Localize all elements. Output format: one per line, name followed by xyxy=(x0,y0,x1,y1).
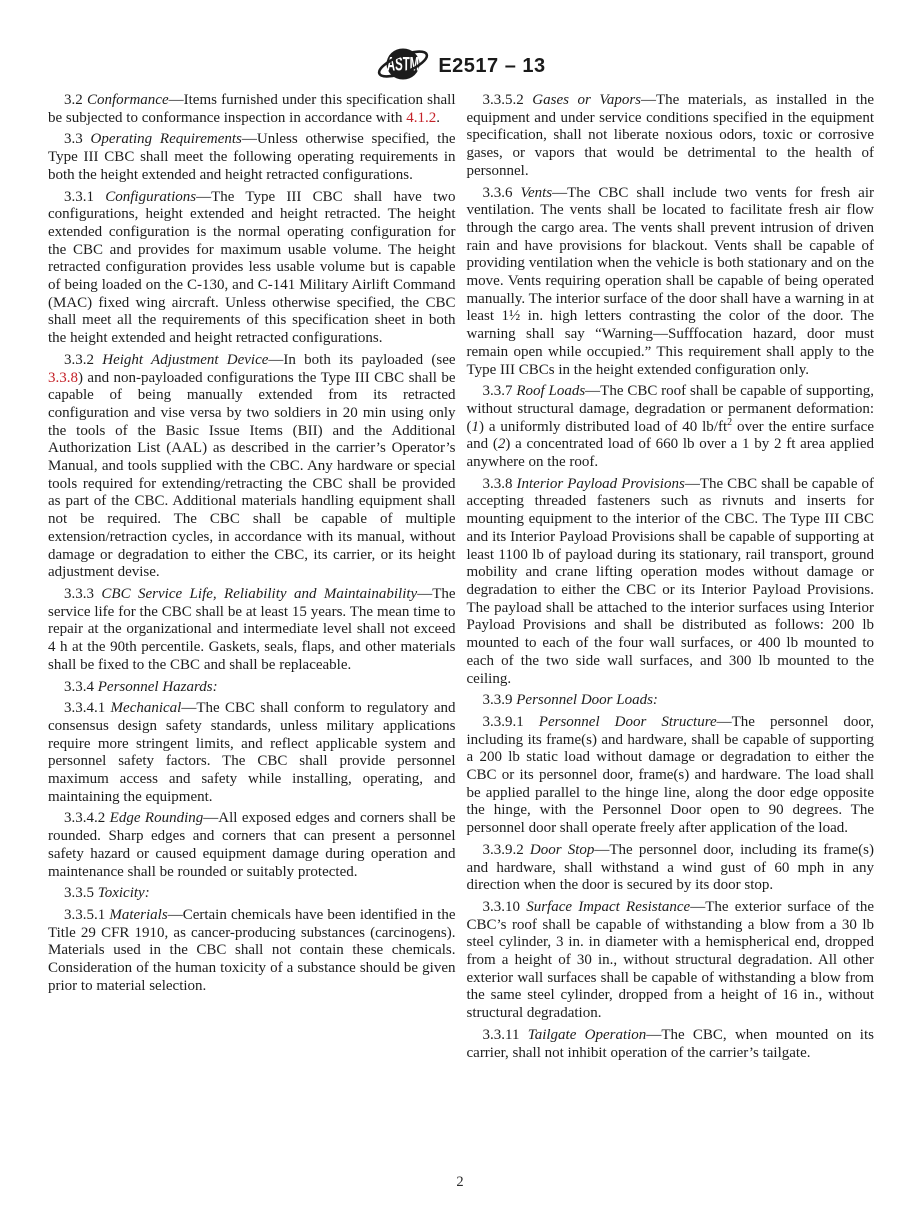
section-title: Tailgate Operation xyxy=(528,1027,647,1043)
section-number: 3.3.2 xyxy=(64,352,102,368)
two-column-text: 3.2 Conformance—Items furnished under th… xyxy=(48,92,874,1062)
section-title: Surface Impact Resistance xyxy=(526,899,690,915)
ref-link[interactable]: 3.3.8 xyxy=(48,370,78,386)
section-title: Height Adjustment Device xyxy=(102,352,268,368)
paragraph-3.3.5.1: 3.3.5.1 Materials—Certain chemicals have… xyxy=(48,907,456,996)
paragraph-3.3.9.2: 3.3.9.2 Door Stop—The personnel door, in… xyxy=(467,842,875,895)
section-number: 3.3.11 xyxy=(483,1027,528,1043)
section-number: 3.3.8 xyxy=(483,476,517,492)
text-run: ) a concentrated load of 660 lb over a 1… xyxy=(467,436,875,470)
text-run: —In both its payloaded (see xyxy=(268,352,455,368)
paragraph-3.3.5: 3.3.5 Toxicity: xyxy=(48,885,456,903)
section-number: 3.3.5.1 xyxy=(64,907,109,923)
section-number: 3.3.3 xyxy=(64,586,101,602)
ref-link[interactable]: 4.1.2 xyxy=(406,110,436,126)
paragraph-3.3.11: 3.3.11 Tailgate Operation—The CBC, when … xyxy=(467,1027,875,1062)
section-title: Conformance xyxy=(87,92,169,108)
section-title: Vents xyxy=(520,185,552,201)
paragraph-3.2: 3.2 Conformance—Items furnished under th… xyxy=(48,92,456,127)
section-number: 3.3.5 xyxy=(64,885,98,901)
paragraph-3.3.1: 3.3.1 Configurations—The Type III CBC sh… xyxy=(48,189,456,348)
section-title: Personnel Door Structure xyxy=(539,714,717,730)
section-title: Door Stop xyxy=(530,842,594,858)
section-number: 3.3.4.1 xyxy=(64,700,111,716)
left-column: 3.2 Conformance—Items furnished under th… xyxy=(48,92,456,1062)
section-title: CBC Service Life, Reliability and Mainta… xyxy=(101,586,417,602)
section-title: Personnel Door Loads: xyxy=(516,692,658,708)
section-number: 3.3.9 xyxy=(483,692,517,708)
astm-logo-icon: ASTM xyxy=(376,44,430,89)
section-title: Roof Loads xyxy=(516,383,585,399)
section-title: Edge Rounding xyxy=(110,810,204,826)
section-title: Configurations xyxy=(105,189,196,205)
paragraph-3.3.9.1: 3.3.9.1 Personnel Door Structure—The per… xyxy=(467,714,875,838)
text-run: 1 xyxy=(472,419,480,435)
paragraph-3.3: 3.3 Operating Requirements—Unless otherw… xyxy=(48,131,456,184)
section-number: 3.3.5.2 xyxy=(483,92,533,108)
section-title: Interior Payload Provisions xyxy=(517,476,685,492)
paragraph-3.3.4.2: 3.3.4.2 Edge Rounding—All exposed edges … xyxy=(48,810,456,881)
section-number: 3.3.1 xyxy=(64,189,105,205)
section-number: 3.3.7 xyxy=(483,383,517,399)
section-title: Personnel Hazards: xyxy=(98,679,218,695)
section-number: 3.2 xyxy=(64,92,87,108)
section-number: 3.3.4 xyxy=(64,679,98,695)
text-run: —The CBC shall be capable of accepting t… xyxy=(467,476,875,687)
section-title: Materials xyxy=(109,907,167,923)
text-run: ) and non-payloaded configurations the T… xyxy=(48,370,456,581)
text-run: —The exterior surface of the CBC’s roof … xyxy=(467,899,875,1021)
text-run: —The CBC shall include two vents for fre… xyxy=(467,185,875,378)
paragraph-3.3.6: 3.3.6 Vents—The CBC shall include two ve… xyxy=(467,185,875,380)
section-number: 3.3.10 xyxy=(483,899,527,915)
paragraph-3.3.8: 3.3.8 Interior Payload Provisions—The CB… xyxy=(467,476,875,688)
paragraph-3.3.3: 3.3.3 CBC Service Life, Reliability and … xyxy=(48,586,456,675)
page-number: 2 xyxy=(0,1174,920,1191)
section-number: 3.3.9.2 xyxy=(483,842,530,858)
document-page: { "header": { "title": "E2517 – 13", "lo… xyxy=(0,0,920,1232)
section-number: 3.3.4.2 xyxy=(64,810,110,826)
standard-designation: E2517 – 13 xyxy=(438,55,545,78)
right-column: 3.3.5.2 Gases or Vapors—The materials, a… xyxy=(467,92,875,1062)
paragraph-3.3.7: 3.3.7 Roof Loads—The CBC roof shall be c… xyxy=(467,383,875,472)
paragraph-3.3.10: 3.3.10 Surface Impact Resistance—The ext… xyxy=(467,899,875,1023)
section-title: Operating Requirements xyxy=(91,131,242,147)
text-run: —The Type III CBC shall have two configu… xyxy=(48,189,456,347)
paragraph-3.3.2: 3.3.2 Height Adjustment Device—In both i… xyxy=(48,352,456,582)
section-title: Mechanical xyxy=(111,700,182,716)
paragraph-3.3.5.2: 3.3.5.2 Gases or Vapors—The materials, a… xyxy=(467,92,875,181)
section-title: Toxicity: xyxy=(98,885,150,901)
document-header: ASTM E2517 – 13 xyxy=(48,44,874,88)
paragraph-3.3.4.1: 3.3.4.1 Mechanical—The CBC shall conform… xyxy=(48,700,456,806)
section-title: Gases or Vapors xyxy=(532,92,641,108)
section-number: 3.3 xyxy=(64,131,91,147)
text-run: ) a uniformly distributed load of 40 lb/… xyxy=(479,419,727,435)
section-number: 3.3.9.1 xyxy=(483,714,539,730)
section-number: 3.3.6 xyxy=(483,185,521,201)
text-run: —The personnel door, including its frame… xyxy=(467,714,875,836)
page: ASTM E2517 – 13 3.2 Conformance—Items fu… xyxy=(0,0,920,1062)
paragraph-3.3.4: 3.3.4 Personnel Hazards: xyxy=(48,679,456,697)
paragraph-3.3.9: 3.3.9 Personnel Door Loads: xyxy=(467,692,875,710)
text-run: . xyxy=(436,110,440,126)
